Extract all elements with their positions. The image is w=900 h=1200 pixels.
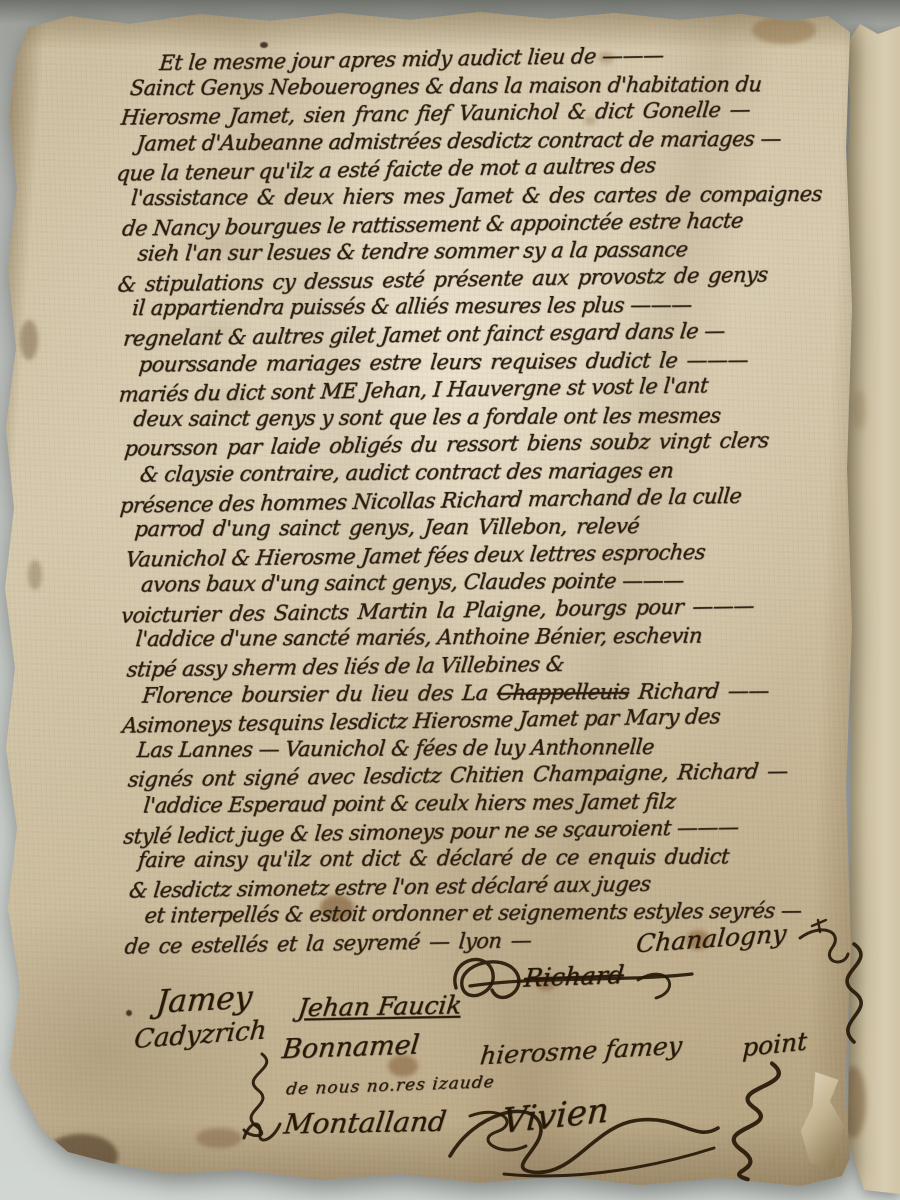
manuscript-photo: Et le mesme jour apres midy audict lieu … <box>0 0 900 1200</box>
signature-hierosme-famey: hierosme famey <box>479 1031 684 1071</box>
signature-cadyzrich: Cadyzrich <box>133 1015 268 1055</box>
paraph-stroke <box>847 944 861 1042</box>
paraph-stroke <box>728 1060 780 1182</box>
paraph-stroke <box>244 1124 280 1140</box>
fold-paraph <box>824 938 884 1058</box>
signature-bonnamel: Bonnamel <box>280 1030 420 1066</box>
signature-richard: Richard <box>522 960 625 993</box>
paraph-stroke <box>455 960 519 998</box>
montalland-lead-flourish <box>240 1112 284 1146</box>
signature-montalland: Montalland <box>282 1105 448 1141</box>
signature-jehan-faucik: Jehan Faucik <box>296 991 463 1023</box>
signature-block: Chanalogny Richard Jamey Jehan Faucik Ca… <box>0 0 900 1200</box>
signature-jamey: Jamey <box>154 979 253 1020</box>
